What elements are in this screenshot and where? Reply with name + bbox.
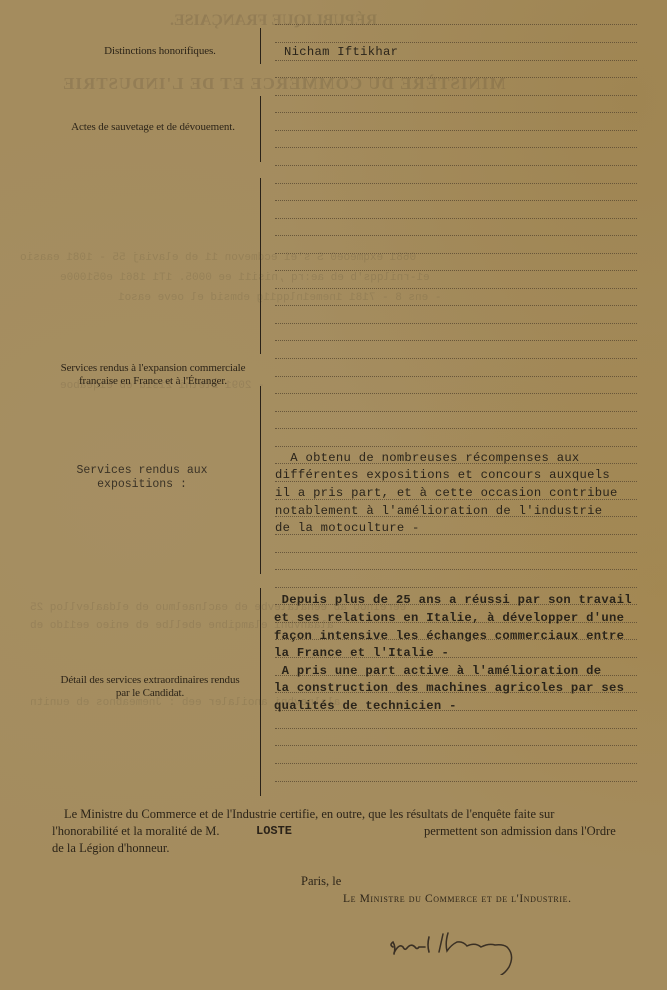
expansion-label-line2: française en France et à l'Étranger. (46, 375, 260, 388)
distinctions-value: Nicham Iftikhar (284, 45, 398, 59)
extraordinaires-text-line-6: la construction des machines agricoles p… (274, 681, 624, 695)
sauvetage-label: Actes de sauvetage et de dévouement. (48, 121, 258, 134)
ghost-typed-2: e1-rnilqqs'b eb ae:rq ,nisi11 ee 0005. 1… (60, 272, 430, 284)
expositions-text-line-5: de la motoculture - (275, 521, 420, 535)
expositions-label-line1: Services rendus aux (47, 464, 237, 478)
certification-line-2a: l'honorabilité et la moralité de M. (52, 823, 219, 840)
minister-signature (385, 925, 565, 975)
expositions-text-line-2: différentes expositions et concours auxq… (275, 468, 610, 482)
distinctions-label: Distinctions honorifiques. (60, 45, 260, 58)
extraordinaires-text-line-5: A pris une part active à l'amélioration … (274, 664, 601, 678)
extraordinaires-text-line-2: et ses relations en Italie, à développer… (274, 611, 624, 625)
section-brace-expansion (260, 178, 263, 354)
expositions-text-line-3: il a pris part, et à cette occasion cont… (275, 486, 618, 500)
document-page: RÉPUBLIQUE FRANÇAISE. MINISTÈRE DU COMME… (0, 0, 667, 990)
extraordinaires-text-line-1: Depuis plus de 25 ans a réussi par son t… (274, 593, 632, 607)
certification-paragraph: Le Ministre du Commerce et de l'Industri… (52, 806, 640, 866)
ghost-header: RÉPUBLIQUE FRANÇAISE. (170, 12, 377, 30)
signatory-title: Le Ministre du Commerce et de l'Industri… (343, 893, 572, 905)
candidate-name: LOSTE (256, 823, 292, 840)
extraordinaires-text-line-4: la France et l'Italie - (274, 646, 449, 660)
expositions-label-line2: expositions : (47, 478, 237, 492)
extraordinaires-label-line1: Détail des services extraordinaires rend… (40, 674, 260, 687)
certification-line-1: Le Ministre du Commerce et de l'Industri… (64, 806, 554, 823)
section-brace-distinctions (260, 28, 263, 64)
section-brace-expositions (260, 386, 263, 574)
section-brace-extraordinaires (260, 588, 263, 796)
extraordinaires-text-line-3: façon intensive les échanges commerciaux… (274, 629, 624, 643)
place-date: Paris, le (301, 874, 341, 889)
extraordinaires-text-line-7: qualités de technicien - (274, 699, 457, 713)
expositions-text-line-4: notablement à l'amélioration de l'indust… (275, 504, 602, 518)
extraordinaires-label-line2: par le Candidat. (40, 687, 260, 700)
ghost-typed-3: - ens 8 - 7181 1neme1nlqq11g ebmsid el o… (118, 292, 441, 304)
expositions-text-line-1: A obtenu de nombreuses récompenses aux (275, 451, 580, 465)
section-brace-sauvetage (260, 96, 263, 162)
expansion-label-line1: Services rendus à l'expansion commercial… (46, 362, 260, 375)
certification-line-3: de la Légion d'honneur. (52, 840, 170, 857)
certification-line-2b: permettent son admission dans l'Ordre (424, 823, 616, 840)
